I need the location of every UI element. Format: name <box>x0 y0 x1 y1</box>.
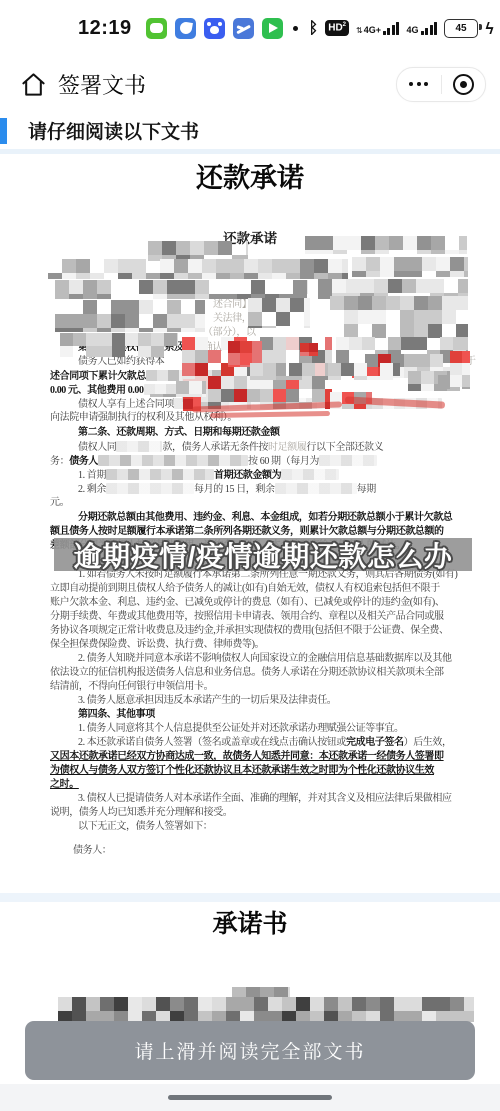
redacted-text-segment <box>275 483 357 494</box>
doc-text-line: 2. 债务人知晓并同意本承诺不影响债权人向国家设立的金融信用信息基础数据库以及其… <box>78 653 452 665</box>
second-document-heading: 承诺书 <box>0 904 500 940</box>
redaction-mosaic-block <box>250 363 400 380</box>
watermark-text: 逾期疫情/疫情逾期还款怎么办 <box>74 535 453 575</box>
doc-text-line: 元。 <box>50 497 69 509</box>
redaction-mosaic-block <box>438 351 470 389</box>
doc-text-line: 2. 剩余每月的 15 日，剩余每期 <box>78 483 376 496</box>
redaction-mosaic-block <box>330 296 468 338</box>
doc-text-line: 分期还款总额由其他费用、违约金、利息、本金组成，如若分期还款总额小于累计欠款总 <box>78 512 452 524</box>
redaction-mosaic-block <box>48 259 348 279</box>
redaction-mosaic-block <box>55 300 205 332</box>
redaction-mosaic-block <box>58 997 474 1022</box>
watermark-overlay: 逾期疫情/疫情逾期还款怎么办 <box>54 538 472 571</box>
redaction-mosaic-block <box>60 333 178 357</box>
redacted-text-segment <box>106 469 214 480</box>
doc-text-line: 2. 本还款承诺自债务人签署（签名或盖章或在线点击确认按钮或完成电子签名）后生效… <box>78 737 452 749</box>
read-all-button[interactable]: 请上滑并阅读完全部文书 <box>25 1021 475 1080</box>
redaction-mosaic-block <box>352 257 468 277</box>
doc-text-line: 务协议各项规定正常计收费息及违约金,并承担实现债权的费用(包括但不限于公证费、保… <box>50 625 449 637</box>
doc-text-line: 说明，债务人均已知悉并充分理解和接受。 <box>50 807 232 819</box>
doc-text-line: 向法院申请强制执行的权利及其他从权利）。 <box>50 412 237 424</box>
doc-text-line: 述合同】 <box>213 299 251 311</box>
doc-text-line: 3. 债务人愿意承担因违反本承诺产生的一切后果及法律责任。 <box>78 695 336 707</box>
doc-text-line: 分期手续费、年费或其他费用等，按照信用卡申请表、领用合约、章程以及相关产品合同或… <box>50 611 444 623</box>
doc-text-line: 依法设立的征信机构报送债务人信息和业务信息。债务人承诺在分期还款协议相关款项未全… <box>50 667 444 679</box>
redaction-mosaic-block <box>300 343 318 356</box>
doc-text-line: 债务人： <box>73 845 111 857</box>
doc-text-line: 第二条、还款周期、方式、日期和每期还款金额 <box>78 427 280 439</box>
redaction-mosaic-block <box>148 241 248 261</box>
doc-text-line: 第四条、其他事项 <box>78 709 155 721</box>
redaction-mosaic-block <box>55 280 308 299</box>
redacted-text-segment <box>116 441 162 452</box>
read-all-button-label: 请上滑并阅读完全部文书 <box>134 1037 365 1064</box>
redaction-mosaic-block <box>150 381 206 397</box>
doc-text-line: 关法律， <box>213 313 251 325</box>
doc-text-line: 1. 债务人同意将其个人信息提供至公证处并对还款承诺办理赋强公证等事宜。 <box>78 723 404 735</box>
doc-text-line: 保全担保费保险费、诉讼费、执行费、律师费等)。 <box>50 639 264 651</box>
document-heading: 还款承诺 <box>0 156 500 195</box>
doc-text-line: 务：债务人按 60 期（每月为 <box>50 455 377 468</box>
doc-text-line: 以下无正文，债务人签署如下： <box>78 821 212 833</box>
redacted-text-segment <box>106 483 194 494</box>
doc-text-line: 结清前，不得向任何银行申领信用卡。 <box>50 681 213 693</box>
doc-text-line: 债务人已如约获得本 <box>78 356 164 368</box>
doc-text-line: 为债权人与债务人双方签订个性化还款协议且本还款承诺生效之时即为个性化还款协议生效 <box>50 765 434 777</box>
redacted-text-segment <box>319 455 377 466</box>
redaction-mosaic-block <box>248 298 310 328</box>
doc-text-line: 立即自动提前到期且债权人给予债务人的减让(如有)自始无效，债权人有权追索包括但不… <box>50 583 440 595</box>
red-scribble-mark <box>210 411 330 418</box>
redaction-mosaic-block <box>305 236 467 254</box>
redacted-text-segment <box>281 469 339 480</box>
home-indicator[interactable] <box>168 1095 332 1100</box>
doc-text-line: 之时。 <box>50 779 79 791</box>
doc-text-line: 又因本还款承诺已经双方协商达成一致，故债务人知悉并同意：本还款承诺一经债务人签署… <box>50 751 444 763</box>
doc-text-line: 3. 债权人已提请债务人对本承诺作全面、准确的理解，并对其含义及相应法律后果做相… <box>78 793 452 805</box>
mini-program-page: 12:19 ᛒ HD2 ⇅ 4G+ 4G 45 ϟ 签署文书 <box>0 0 500 1111</box>
doc-text-line: 债权人同款，债务人承诺无条件按时足额履行以下全部还款义 <box>78 441 383 454</box>
section-divider-2 <box>0 893 500 902</box>
document-scroll-area[interactable]: 还款承诺 还款承诺 承诺书 述合同】关法律，（部分），以第一条、债权债务关系及欠… <box>0 0 500 1111</box>
doc-text-line: 账户欠款本金、利息、违约金、已减免或停计的费息（如有）、已减免或停计的违约金(如… <box>50 597 444 609</box>
doc-text-line: 1. 首期首期还款金额为 <box>78 469 339 482</box>
redacted-text-segment <box>98 455 248 466</box>
